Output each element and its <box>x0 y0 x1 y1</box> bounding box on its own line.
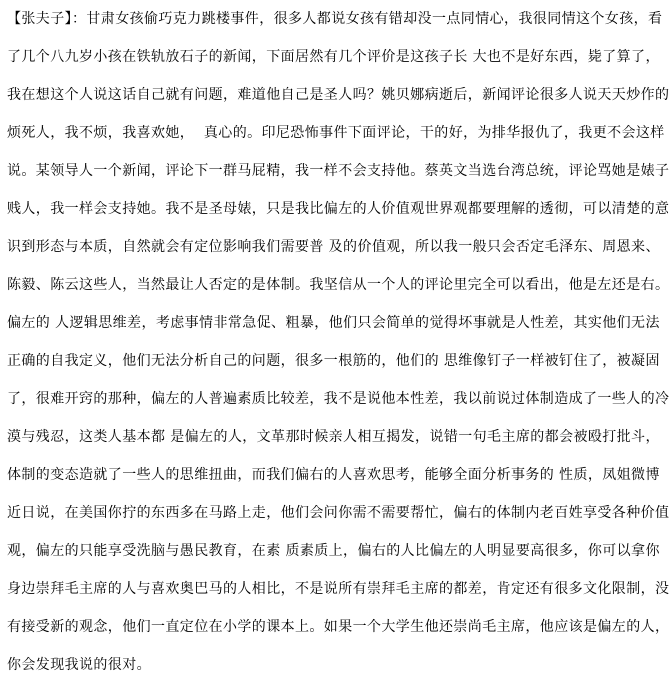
text-line: 偏左的 人逻辑思维差，考虑事情非常急促、粗暴，他们只会简单的觉得坏事就是人性差，… <box>7 304 671 342</box>
text-line: 说。某领导人一个新闻，评论下一群马屁精，我一样不会支持他。蔡英文当选台湾总统，评… <box>7 152 671 190</box>
text-line: 有接受新的观念，他们一直定位在小学的课本上。如果一个大学生他还崇尚毛主席，他应该… <box>7 608 671 646</box>
text-line: 体制的变态造就了一些人的思维扭曲，而我们偏右的人喜欢思考，能够全面分析事务的 性… <box>7 456 671 494</box>
text-document-page: 【张夫子】：甘肃女孩偷巧克力跳楼事件，很多人都说女孩有错却没一点同情心，我很同情… <box>0 0 671 683</box>
text-line: 了几个八九岁小孩在铁轨放石子的新闻，下面居然有几个评价是这孩子长 大也不是好东西… <box>7 38 671 76</box>
text-line: 识到形态与本质，自然就会有定位影响我们需要普 及的价值观，所以我一般只会否定毛泽… <box>7 228 671 266</box>
text-line: 身边崇拜毛主席的人与喜欢奥巴马的人相比，不是说所有崇拜毛主席的都差，肯定还有很多… <box>7 570 671 608</box>
post-text-block: 【张夫子】：甘肃女孩偷巧克力跳楼事件，很多人都说女孩有错却没一点同情心，我很同情… <box>0 0 671 683</box>
text-line: 近日说，在美国你拧的东西多在马路上走，他们会问你需不需要帮忙，偏右的体制内老百姓… <box>7 494 671 532</box>
text-line: 正确的自我定义，他们无法分析自己的问题，很多一根筋的，他们的 思维像钉子一样被钉… <box>7 342 671 380</box>
text-line: 贱人，我一样会支持她。我不是圣母婊，只是我比偏左的人价值观世界观都要理解的透彻，… <box>7 190 671 228</box>
text-line: 你会发现我说的很对。 <box>7 646 671 683</box>
text-line: 陈毅、陈云这些人，当然最让人否定的是体制。我坚信从一个人的评论里完全可以看出，他… <box>7 266 671 304</box>
text-line: 观，偏左的只能享受洗脑与愚民教育，在素 质素质上，偏右的人比偏左的人明显要高很多… <box>7 532 671 570</box>
text-line: 漠与残忍，这类人基本都 是偏左的人，文革那时候亲人相互揭发，说错一句毛主席的都会… <box>7 418 671 456</box>
text-line: 了，很难开窍的那种，偏左的人普遍素质比较差，我不是说他本性差，我以前说过体制造成… <box>7 380 671 418</box>
text-line: 【张夫子】：甘肃女孩偷巧克力跳楼事件，很多人都说女孩有错却没一点同情心，我很同情… <box>7 0 671 38</box>
text-line: 烦死人，我不烦，我喜欢她， 真心的。印尼恐怖事件下面评论，干的好，为排华报仇了，… <box>7 114 671 152</box>
text-line: 我在想这个人说这话自己就有问题，难道他自己是圣人吗？姚贝娜病逝后，新闻评论很多人… <box>7 76 671 114</box>
